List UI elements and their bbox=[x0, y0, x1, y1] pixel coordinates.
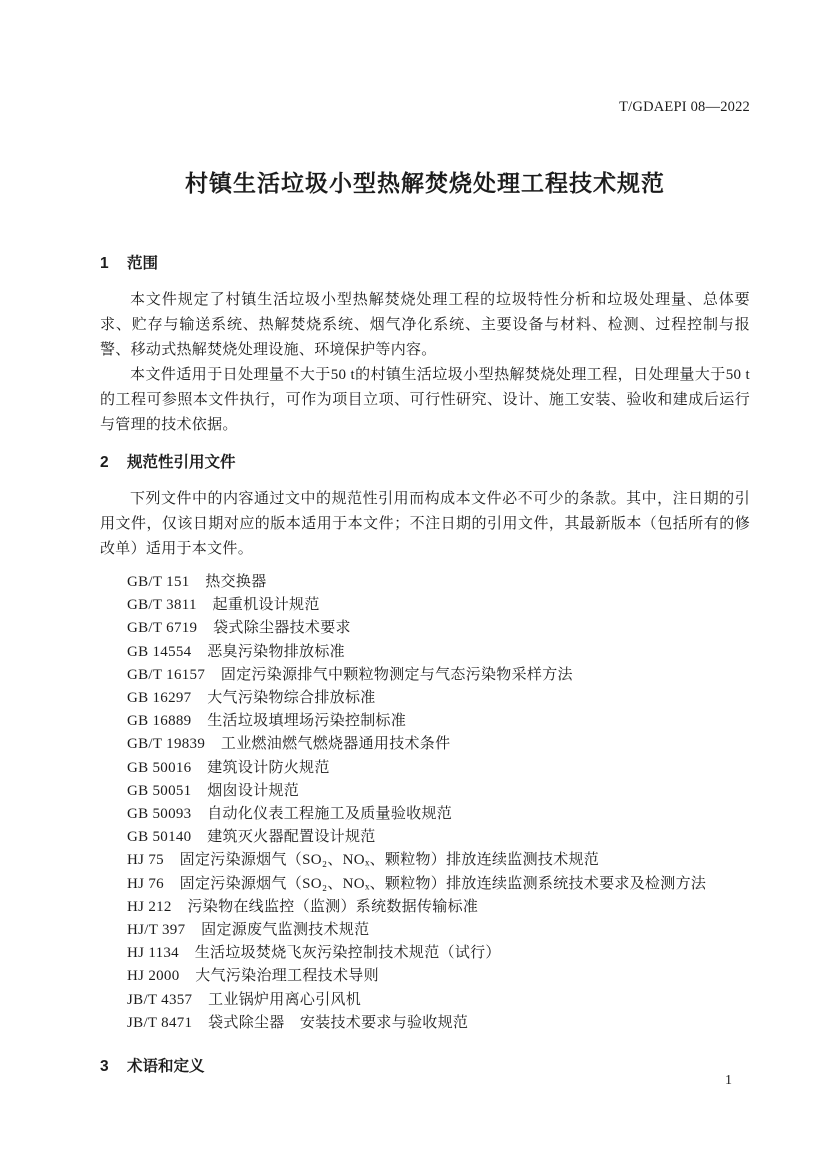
reference-title: 固定污染源烟气（SO₂、NOₓ、颗粒物）排放连续监测技术规范 bbox=[180, 852, 599, 868]
reference-item: HJ 212 污染物在线监控（监测）系统数据传输标准 bbox=[127, 896, 750, 919]
reference-code: GB 16889 bbox=[127, 713, 192, 729]
section-number: 1 bbox=[100, 254, 109, 274]
reference-item: GB/T 19839 工业燃油燃气燃烧器通用技术条件 bbox=[127, 733, 750, 756]
reference-code: GB 50016 bbox=[127, 760, 192, 776]
reference-code: GB/T 19839 bbox=[127, 736, 205, 752]
reference-item: GB/T 3811 起重机设计规范 bbox=[127, 594, 750, 617]
section-terms-and-definitions: 3 术语和定义 bbox=[100, 1057, 750, 1077]
section-title: 范围 bbox=[127, 254, 158, 274]
paragraph: 下列文件中的内容通过文中的规范性引用而构成本文件必不可少的条款。其中，注日期的引… bbox=[100, 487, 750, 562]
reference-title: 袋式除尘器技术要求 bbox=[213, 620, 351, 636]
reference-code: HJ 76 bbox=[127, 876, 164, 892]
reference-title: 工业锅炉用离心引风机 bbox=[208, 992, 361, 1008]
reference-item: GB/T 6719 袋式除尘器技术要求 bbox=[127, 617, 750, 640]
reference-title: 污染物在线监控（监测）系统数据传输标准 bbox=[187, 899, 478, 915]
section-number: 3 bbox=[100, 1057, 109, 1077]
reference-item: GB 50093 自动化仪表工程施工及质量验收规范 bbox=[127, 803, 750, 826]
reference-list: GB/T 151 热交换器 GB/T 3811 起重机设计规范 GB/T 671… bbox=[100, 571, 750, 1035]
reference-title: 自动化仪表工程施工及质量验收规范 bbox=[207, 806, 452, 822]
reference-title: 固定污染源排气中颗粒物测定与气态污染物采样方法 bbox=[221, 667, 573, 683]
reference-code: JB/T 8471 bbox=[127, 1015, 192, 1031]
document-page: T/GDAEPI 08—2022 村镇生活垃圾小型热解焚烧处理工程技术规范 1 … bbox=[100, 0, 750, 1169]
reference-code: HJ 2000 bbox=[127, 968, 180, 984]
reference-item: GB 50051 烟囱设计规范 bbox=[127, 780, 750, 803]
section-number: 2 bbox=[100, 453, 109, 473]
reference-item: HJ 1134 生活垃圾焚烧飞灰污染控制技术规范（试行） bbox=[127, 942, 750, 965]
reference-title: 生活垃圾填埋场污染控制标准 bbox=[207, 713, 406, 729]
reference-item: HJ/T 397 固定源废气监测技术规范 bbox=[127, 919, 750, 942]
paragraph: 本文件适用于日处理量不大于50 t的村镇生活垃圾小型热解焚烧处理工程，日处理量大… bbox=[100, 363, 750, 438]
reference-title: 烟囱设计规范 bbox=[207, 783, 299, 799]
reference-title: 袋式除尘器 安装技术要求与验收规范 bbox=[208, 1015, 468, 1031]
reference-item: HJ 76 固定污染源烟气（SO₂、NOₓ、颗粒物）排放连续监测系统技术要求及检… bbox=[127, 873, 750, 896]
reference-code: GB 16297 bbox=[127, 690, 192, 706]
reference-item: GB 14554 恶臭污染物排放标准 bbox=[127, 641, 750, 664]
reference-code: HJ/T 397 bbox=[127, 922, 185, 938]
reference-title: 起重机设计规范 bbox=[213, 597, 320, 613]
reference-code: GB/T 3811 bbox=[127, 597, 197, 613]
reference-item: GB/T 16157 固定污染源排气中颗粒物测定与气态污染物采样方法 bbox=[127, 664, 750, 687]
reference-item: GB 50140 建筑灭火器配置设计规范 bbox=[127, 826, 750, 849]
reference-title: 生活垃圾焚烧飞灰污染控制技术规范（试行） bbox=[195, 945, 501, 961]
reference-title: 固定污染源烟气（SO₂、NOₓ、颗粒物）排放连续监测系统技术要求及检测方法 bbox=[180, 876, 707, 892]
reference-item: GB 16297 大气污染物综合排放标准 bbox=[127, 687, 750, 710]
reference-title: 热交换器 bbox=[205, 574, 266, 590]
reference-item: JB/T 4357 工业锅炉用离心引风机 bbox=[127, 989, 750, 1012]
reference-title: 恶臭污染物排放标准 bbox=[207, 644, 345, 660]
reference-code: HJ 1134 bbox=[127, 945, 179, 961]
reference-code: GB 14554 bbox=[127, 644, 192, 660]
reference-item: GB 16889 生活垃圾填埋场污染控制标准 bbox=[127, 710, 750, 733]
section-3-heading: 3 术语和定义 bbox=[100, 1057, 750, 1077]
section-scope: 1 范围 本文件规定了村镇生活垃圾小型热解焚烧处理工程的垃圾特性分析和垃圾处理量… bbox=[100, 254, 750, 438]
reference-code: GB/T 6719 bbox=[127, 620, 197, 636]
reference-title: 大气污染治理工程技术导则 bbox=[195, 968, 379, 984]
reference-item: JB/T 8471 袋式除尘器 安装技术要求与验收规范 bbox=[127, 1012, 750, 1035]
reference-item: GB 50016 建筑设计防火规范 bbox=[127, 757, 750, 780]
paragraph: 本文件规定了村镇生活垃圾小型热解焚烧处理工程的垃圾特性分析和垃圾处理量、总体要求… bbox=[100, 288, 750, 363]
reference-title: 大气污染物综合排放标准 bbox=[207, 690, 375, 706]
reference-code: HJ 212 bbox=[127, 899, 172, 915]
reference-code: GB 50093 bbox=[127, 806, 192, 822]
reference-code: GB/T 16157 bbox=[127, 667, 205, 683]
reference-code: GB 50051 bbox=[127, 783, 192, 799]
reference-title: 固定源废气监测技术规范 bbox=[201, 922, 369, 938]
reference-title: 建筑设计防火规范 bbox=[207, 760, 329, 776]
reference-item: HJ 2000 大气污染治理工程技术导则 bbox=[127, 965, 750, 988]
section-2-heading: 2 规范性引用文件 bbox=[100, 453, 750, 473]
section-title: 术语和定义 bbox=[127, 1057, 205, 1077]
document-title: 村镇生活垃圾小型热解焚烧处理工程技术规范 bbox=[100, 168, 750, 198]
reference-item: GB/T 151 热交换器 bbox=[127, 571, 750, 594]
reference-title: 建筑灭火器配置设计规范 bbox=[207, 829, 375, 845]
section-title: 规范性引用文件 bbox=[127, 453, 236, 473]
page-number: 1 bbox=[725, 1072, 732, 1090]
section-1-heading: 1 范围 bbox=[100, 254, 750, 274]
reference-code: GB/T 151 bbox=[127, 574, 190, 590]
reference-code: GB 50140 bbox=[127, 829, 192, 845]
reference-title: 工业燃油燃气燃烧器通用技术条件 bbox=[221, 736, 451, 752]
section-normative-references: 2 规范性引用文件 下列文件中的内容通过文中的规范性引用而构成本文件必不可少的条… bbox=[100, 453, 750, 1035]
reference-code: HJ 75 bbox=[127, 852, 164, 868]
document-number: T/GDAEPI 08—2022 bbox=[100, 98, 750, 116]
reference-item: HJ 75 固定污染源烟气（SO₂、NOₓ、颗粒物）排放连续监测技术规范 bbox=[127, 849, 750, 872]
reference-code: JB/T 4357 bbox=[127, 992, 192, 1008]
